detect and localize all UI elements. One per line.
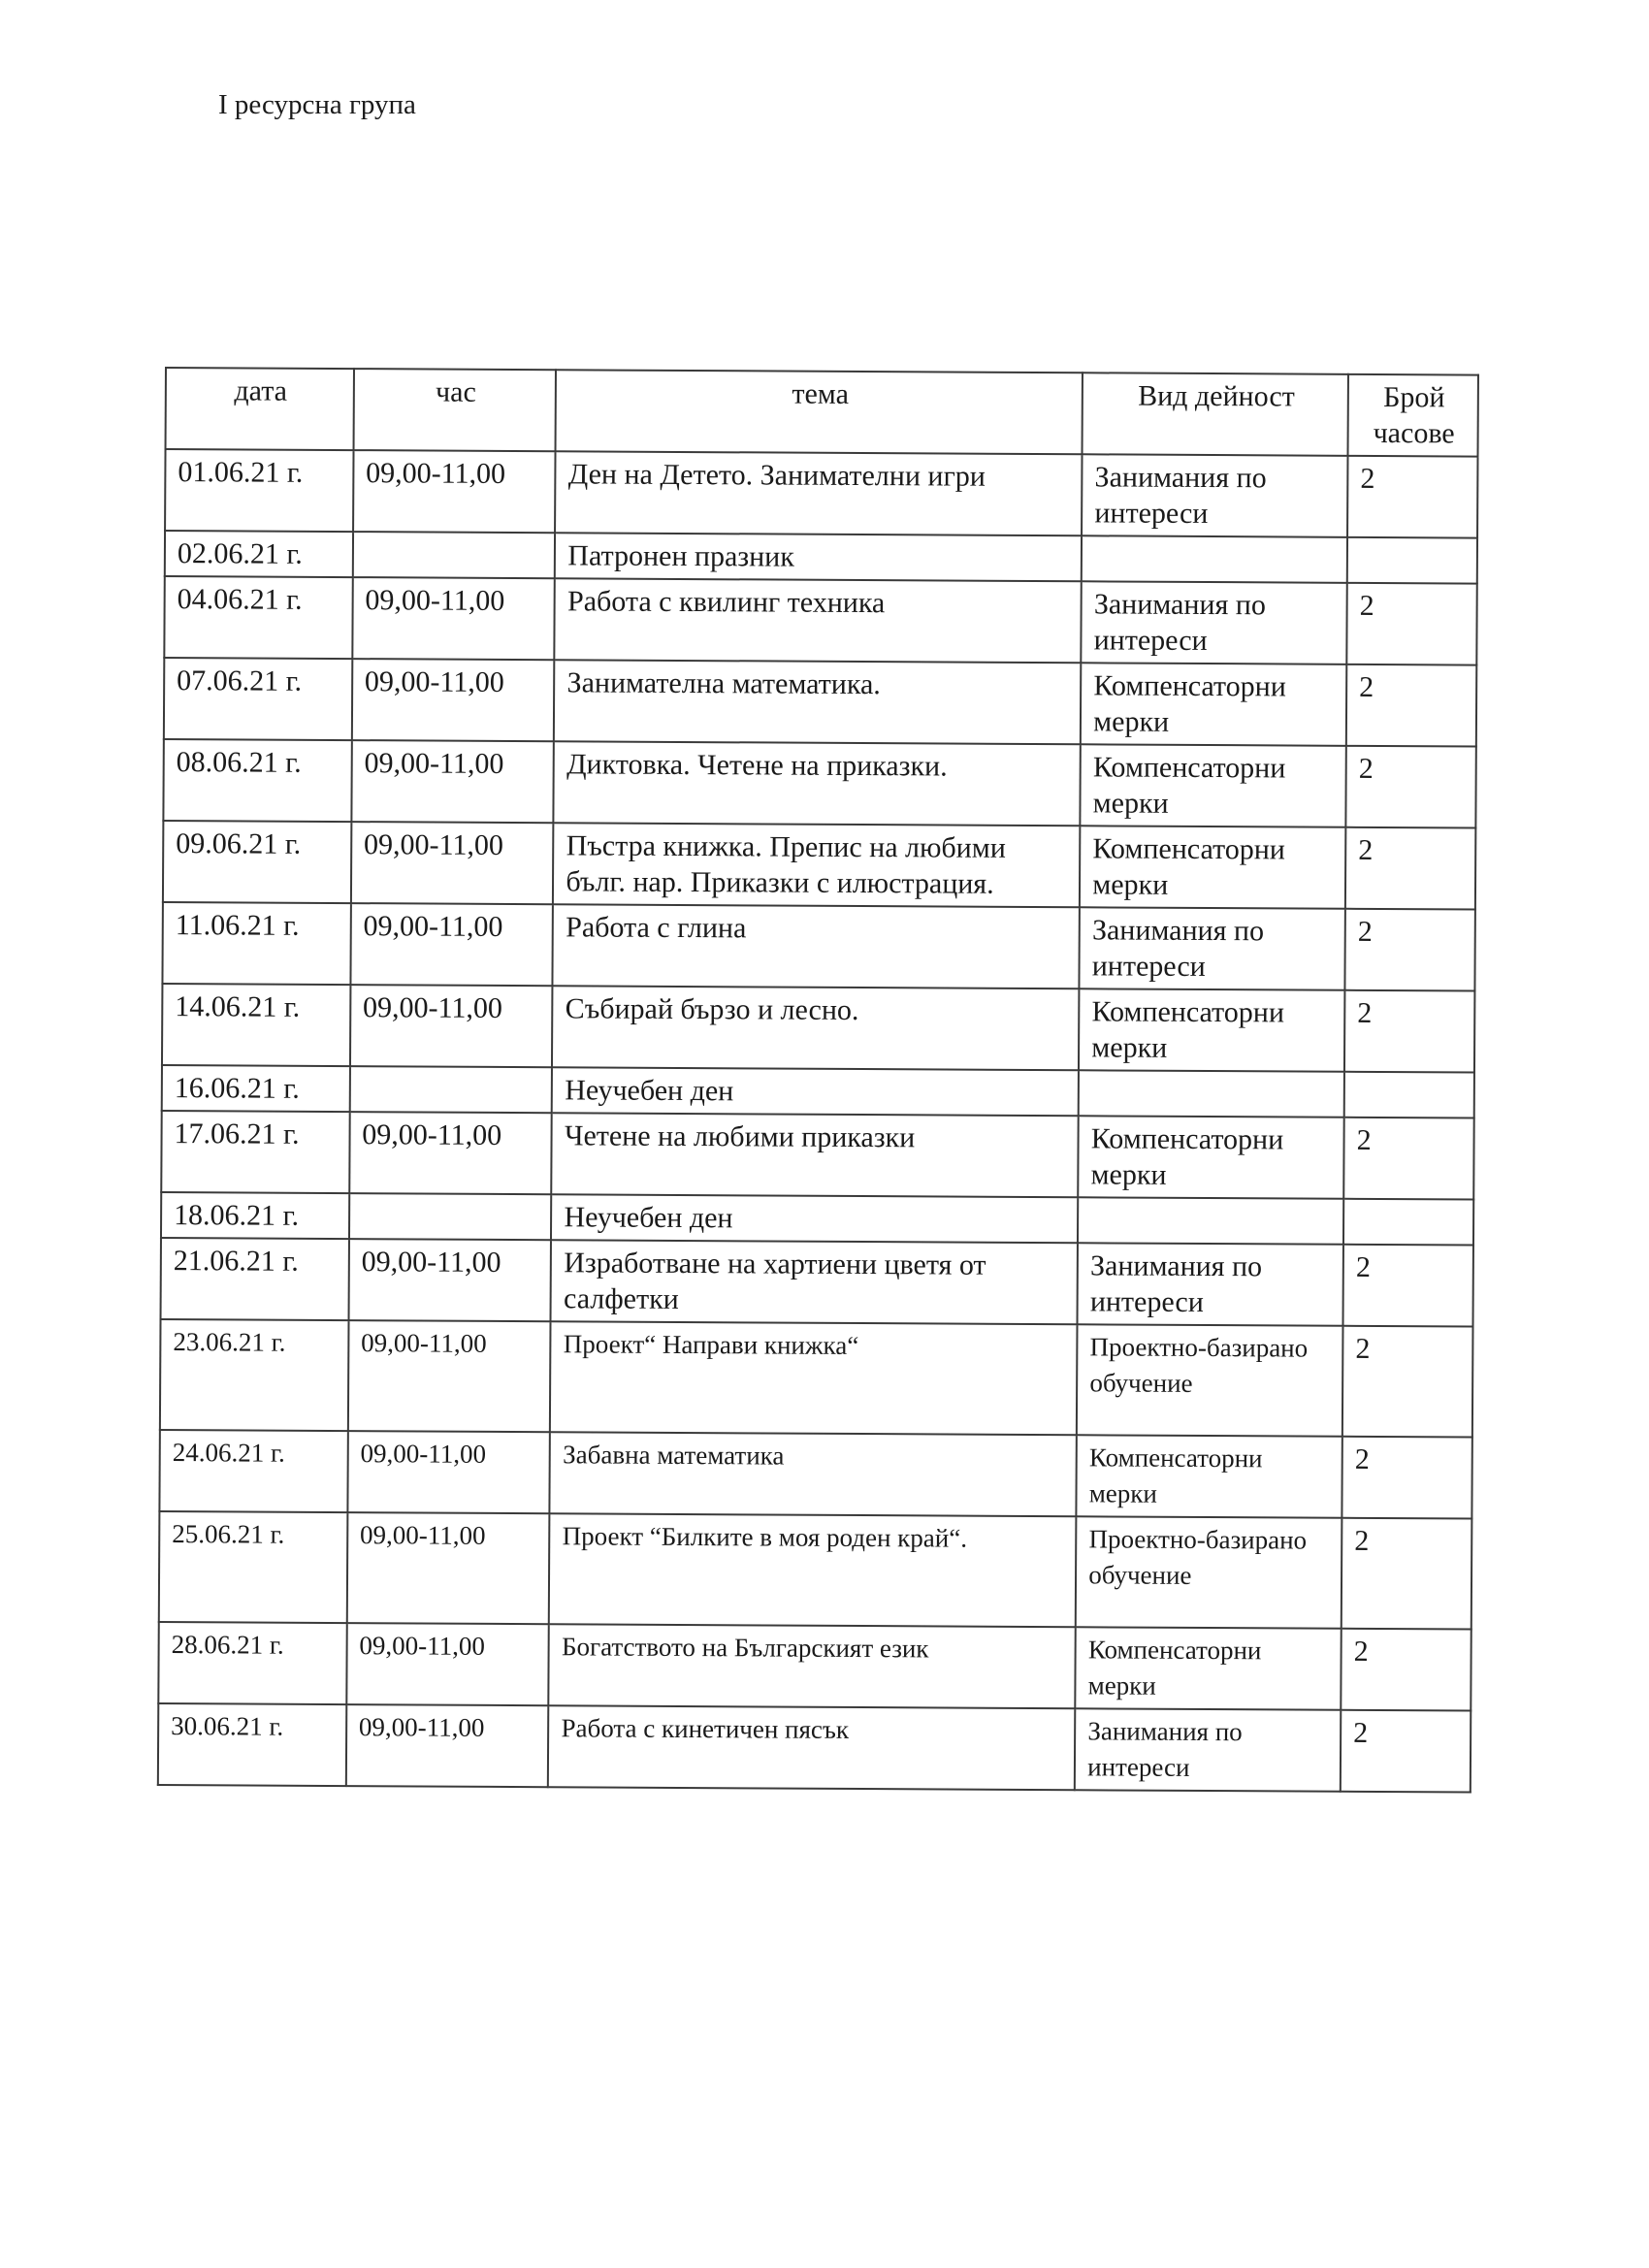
cell-topic: Неучебен ден	[551, 1194, 1078, 1243]
table-row: 07.06.21 г.09,00-11,00Занимателна матема…	[164, 658, 1476, 747]
cell-activity-type: Проектно-базирано обучение	[1076, 1516, 1342, 1629]
cell-hours: 2	[1344, 990, 1474, 1073]
cell-topic: Проект “Билките в моя роден край“.	[549, 1513, 1076, 1627]
table-row: 28.06.21 г.09,00-11,00Богатството на Бъл…	[158, 1622, 1471, 1711]
cell-date: 04.06.21 г.	[164, 576, 352, 659]
table-row: 18.06.21 г.Неучебен ден	[161, 1192, 1473, 1246]
cell-time: 09,00-11,00	[352, 659, 555, 741]
cell-topic: Неучебен ден	[552, 1067, 1079, 1116]
cell-hours: 2	[1342, 1437, 1471, 1519]
schedule-table: дата час тема Вид дейност Брой часове 01…	[157, 367, 1479, 1794]
cell-activity-type: Компенсаторни мерки	[1081, 663, 1346, 746]
cell-time	[349, 1193, 552, 1240]
table-row: 17.06.21 г.09,00-11,00Четене на любими п…	[161, 1111, 1473, 1200]
cell-time: 09,00-11,00	[347, 1431, 550, 1513]
cell-hours: 2	[1345, 827, 1475, 910]
cell-topic: Работа с квилинг техника	[555, 578, 1082, 663]
table-row: 11.06.21 г.09,00-11,00Работа с глинаЗани…	[162, 902, 1474, 991]
cell-time: 09,00-11,00	[350, 985, 553, 1067]
cell-topic: Занимателна математика.	[554, 660, 1081, 744]
cell-time: 09,00-11,00	[348, 1239, 551, 1321]
table-row: 02.06.21 г.Патронен празник	[165, 531, 1477, 584]
cell-time	[353, 532, 556, 578]
cell-date: 09.06.21 г.	[163, 821, 351, 903]
table-row: 30.06.21 г.09,00-11,00Работа с кинетичен…	[158, 1703, 1471, 1793]
cell-topic: Забавна математика	[550, 1432, 1077, 1516]
header-activity-type: Вид дейност	[1083, 373, 1348, 456]
cell-time: 09,00-11,00	[351, 740, 554, 823]
table-row: 08.06.21 г.09,00-11,00Диктовка. Четене н…	[163, 739, 1475, 828]
group-title: I ресурсна група	[218, 89, 416, 121]
table-row: 09.06.21 г.09,00-11,00Пъстра книжка. Пре…	[163, 821, 1475, 910]
header-topic: тема	[556, 370, 1083, 454]
table-row: 23.06.21 г.09,00-11,00Проект“ Направи кн…	[160, 1319, 1473, 1438]
table-row: 25.06.21 г.09,00-11,00Проект “Билките в …	[159, 1511, 1472, 1630]
header-hours: Брой часове	[1348, 374, 1478, 457]
cell-hours: 2	[1345, 746, 1475, 828]
cell-date: 02.06.21 г.	[165, 531, 353, 577]
cell-activity-type: Компенсаторни мерки	[1081, 744, 1346, 827]
cell-hours	[1347, 537, 1477, 584]
cell-date: 21.06.21 г.	[161, 1238, 349, 1320]
cell-date: 23.06.21 г.	[160, 1319, 348, 1431]
cell-activity-type: Занимания по интереси	[1082, 581, 1347, 664]
cell-activity-type: Занимания по интереси	[1080, 907, 1345, 990]
cell-hours: 2	[1341, 1710, 1471, 1793]
cell-hours: 2	[1343, 1118, 1473, 1200]
table-row: 01.06.21 г.09,00-11,00Ден на Детето. Зан…	[165, 449, 1477, 538]
cell-time: 09,00-11,00	[346, 1704, 549, 1787]
cell-activity-type: Проектно-базирано обучение	[1077, 1324, 1342, 1437]
cell-topic: Пъстра книжка. Препис на любими бълг. на…	[553, 823, 1080, 907]
cell-activity-type	[1079, 1070, 1344, 1118]
cell-date: 16.06.21 г.	[162, 1065, 350, 1112]
table-row: 14.06.21 г.09,00-11,00Събирай бързо и ле…	[162, 984, 1474, 1073]
cell-topic: Богатството на Българският език	[549, 1624, 1076, 1708]
cell-time: 09,00-11,00	[347, 1512, 550, 1624]
cell-date: 18.06.21 г.	[161, 1192, 349, 1239]
cell-date: 14.06.21 г.	[162, 984, 350, 1066]
cell-date: 11.06.21 г.	[162, 902, 350, 985]
cell-hours: 2	[1342, 1326, 1473, 1438]
cell-activity-type: Компенсаторни мерки	[1076, 1627, 1342, 1710]
cell-activity-type: Компенсаторни мерки	[1080, 826, 1345, 909]
cell-time: 09,00-11,00	[352, 577, 555, 660]
table-header-row: дата час тема Вид дейност Брой часове	[166, 368, 1478, 457]
cell-date: 17.06.21 г.	[161, 1111, 349, 1193]
cell-hours: 2	[1343, 1245, 1473, 1327]
cell-hours	[1344, 1072, 1474, 1118]
cell-date: 24.06.21 г.	[159, 1430, 347, 1512]
cell-hours	[1343, 1199, 1473, 1246]
cell-topic: Работа с глина	[553, 904, 1080, 988]
cell-topic: Ден на Детето. Занимателни игри	[555, 451, 1082, 535]
cell-date: 25.06.21 г.	[159, 1511, 347, 1623]
cell-activity-type: Компенсаторни мерки	[1077, 1435, 1342, 1518]
cell-hours: 2	[1342, 1518, 1472, 1630]
cell-topic: Патронен празник	[555, 533, 1082, 581]
cell-activity-type: Компенсаторни мерки	[1079, 988, 1344, 1072]
table-row: 04.06.21 г.09,00-11,00Работа с квилинг т…	[164, 576, 1476, 665]
cell-time: 09,00-11,00	[353, 450, 556, 533]
cell-topic: Проект“ Направи книжка“	[550, 1321, 1077, 1435]
table-row: 21.06.21 г.09,00-11,00Изработване на хар…	[161, 1238, 1473, 1327]
cell-topic: Работа с кинетичен пясък	[548, 1705, 1075, 1790]
cell-time	[349, 1066, 552, 1113]
cell-time: 09,00-11,00	[348, 1320, 551, 1432]
cell-date: 01.06.21 г.	[165, 449, 353, 532]
cell-hours: 2	[1346, 583, 1476, 665]
cell-activity-type: Занимания по интереси	[1075, 1708, 1341, 1792]
header-time: час	[353, 369, 556, 451]
cell-hours: 2	[1346, 664, 1476, 747]
cell-hours: 2	[1344, 909, 1474, 991]
cell-hours: 2	[1347, 456, 1477, 538]
cell-topic: Изработване на хартиени цветя от салфетк…	[551, 1240, 1078, 1324]
cell-time: 09,00-11,00	[351, 822, 554, 904]
cell-date: 08.06.21 г.	[163, 739, 351, 822]
header-date: дата	[166, 368, 354, 450]
table-row: 24.06.21 г.09,00-11,00Забавна математика…	[159, 1430, 1471, 1519]
cell-activity-type	[1082, 535, 1347, 583]
cell-date: 28.06.21 г.	[158, 1622, 346, 1704]
cell-topic: Диктовка. Четене на приказки.	[554, 741, 1081, 826]
cell-activity-type: Компенсаторни мерки	[1078, 1116, 1343, 1199]
cell-time: 09,00-11,00	[349, 1112, 552, 1194]
cell-time: 09,00-11,00	[346, 1623, 549, 1705]
cell-activity-type: Занимания по интереси	[1078, 1243, 1343, 1326]
cell-date: 07.06.21 г.	[164, 658, 352, 740]
cell-date: 30.06.21 г.	[158, 1703, 346, 1786]
cell-activity-type	[1078, 1197, 1343, 1245]
table-row: 16.06.21 г.Неучебен ден	[162, 1065, 1474, 1118]
cell-topic: Събирай бързо и лесно.	[552, 986, 1079, 1070]
cell-time: 09,00-11,00	[350, 903, 553, 986]
cell-topic: Четене на любими приказки	[552, 1113, 1079, 1197]
cell-activity-type: Занимания по интереси	[1082, 454, 1347, 537]
cell-hours: 2	[1341, 1629, 1471, 1711]
